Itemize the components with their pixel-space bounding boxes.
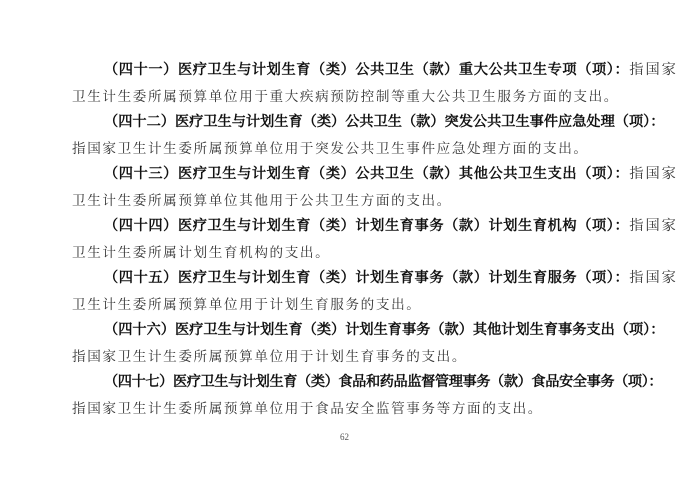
item-heading: （四十四）医疗卫生与计划生育（类）计划生育事务（款）计划生育机构（项）：: [104, 218, 629, 234]
item-body: 指国家卫生计生委所属预算单位用于突发公共卫生事件应急处理方面的支出。: [72, 136, 638, 163]
item-lead: 指国家: [629, 166, 678, 182]
paragraph-44: （四十四）医疗卫生与计划生育（类）计划生育事务（款）计划生育机构（项）：指国家 …: [72, 213, 638, 266]
item-heading: （四十三）医疗卫生与计划生育（类）公共卫生（款）其他公共卫生支出（项）：: [104, 166, 629, 182]
item-body: 指国家卫生计生委所属预算单位用于计划生育事务的支出。: [72, 344, 638, 371]
item-body: 卫生计生委所属预算单位其他用于公共卫生方面的支出。: [72, 188, 638, 215]
paragraph-42: （四十二）医疗卫生与计划生育（类）公共卫生（款）突发公共卫生事件应急处理（项）：…: [72, 109, 638, 162]
item-body: 指国家卫生计生委所属预算单位用于食品安全监管事务等方面的支出。: [72, 396, 638, 423]
item-heading: （四十七）医疗卫生与计划生育（类）食品和药品监督管理事务（款）食品安全事务（项）…: [104, 374, 662, 390]
item-body: 卫生计生委所属预算单位用于计划生育服务的支出。: [72, 292, 638, 319]
item-lead: 指国家: [629, 270, 678, 286]
paragraph-45: （四十五）医疗卫生与计划生育（类）计划生育事务（款）计划生育服务（项）：指国家 …: [72, 265, 638, 318]
item-heading: （四十六）医疗卫生与计划生育（类）计划生育事务（款）其他计划生育事务支出（项）：: [104, 322, 664, 338]
paragraph-41: （四十一）医疗卫生与计划生育（类）公共卫生（款）重大公共卫生专项（项）：指国家 …: [72, 57, 638, 110]
paragraph-43: （四十三）医疗卫生与计划生育（类）公共卫生（款）其他公共卫生支出（项）：指国家 …: [72, 161, 638, 214]
item-heading: （四十五）医疗卫生与计划生育（类）计划生育事务（款）计划生育服务（项）：: [104, 270, 629, 286]
page-number: 62: [340, 432, 349, 442]
item-lead: 指国家: [629, 62, 678, 78]
item-body: 卫生计生委所属预算单位用于重大疾病预防控制等重大公共卫生服务方面的支出。: [72, 84, 638, 111]
paragraph-46: （四十六）医疗卫生与计划生育（类）计划生育事务（款）其他计划生育事务支出（项）：…: [72, 317, 638, 370]
item-heading: （四十二）医疗卫生与计划生育（类）公共卫生（款）突发公共卫生事件应急处理（项）：: [104, 114, 664, 130]
paragraph-47: （四十七）医疗卫生与计划生育（类）食品和药品监督管理事务（款）食品安全事务（项）…: [72, 369, 638, 422]
item-heading: （四十一）医疗卫生与计划生育（类）公共卫生（款）重大公共卫生专项（项）：: [104, 62, 629, 78]
item-body: 卫生计生委所属计划生育机构的支出。: [72, 240, 638, 267]
document-page: （四十一）医疗卫生与计划生育（类）公共卫生（款）重大公共卫生专项（项）：指国家 …: [0, 0, 700, 483]
item-lead: 指国家: [629, 218, 678, 234]
